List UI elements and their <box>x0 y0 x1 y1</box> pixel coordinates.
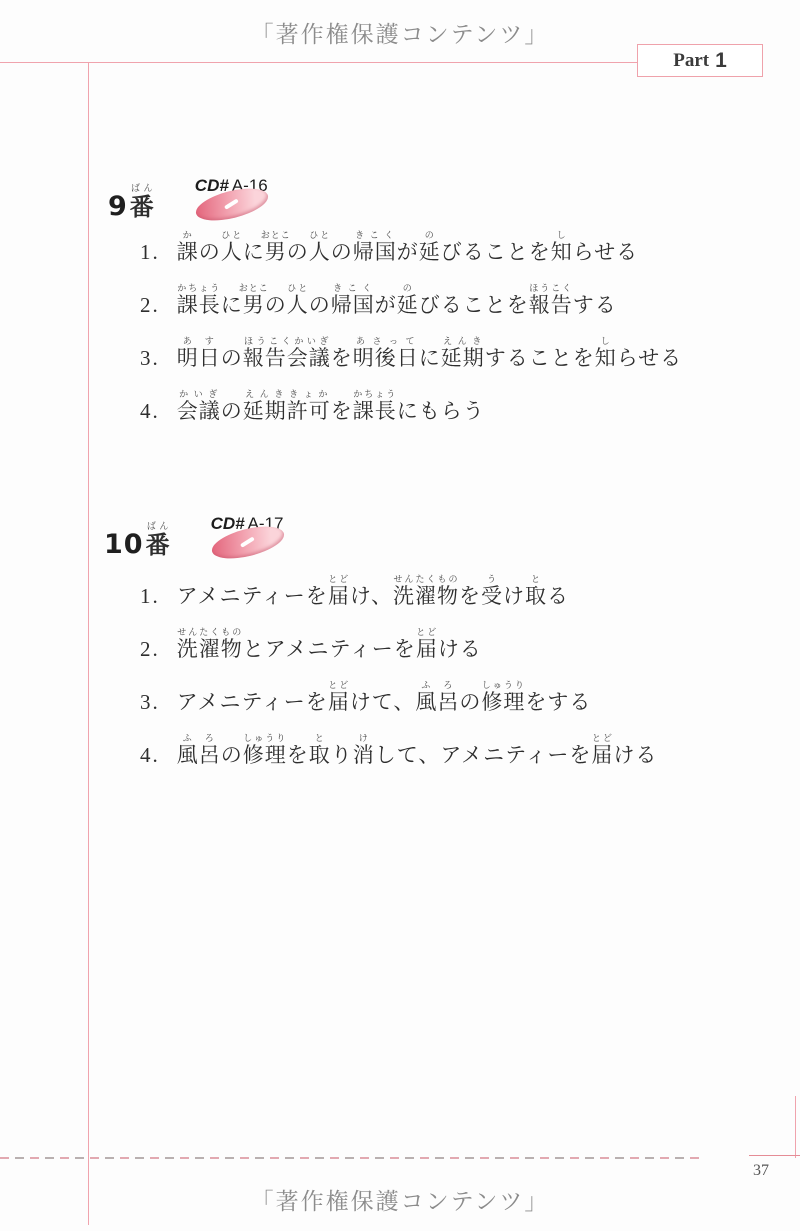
option-number: 4. <box>140 399 160 424</box>
q9-option-3: 3. 明日あすの報告会議ほうこくかいぎを明後日あさってに延期えんきすることを知し… <box>140 336 682 372</box>
cd-track-q10: CD#A-17 <box>209 514 319 560</box>
question-9-number: 9 番ばん <box>108 184 155 222</box>
option-text: 明日あすの報告会議ほうこくかいぎを明後日あさってに延期えんきすることを知しらせる <box>177 336 682 372</box>
option-number: 1. <box>140 240 160 265</box>
option-text: 課長かちょうに男おとこの人ひとの帰国きこくが延のびることを報告ほうこくする <box>177 283 617 319</box>
option-number: 3. <box>140 346 160 371</box>
right-edge-line <box>795 1096 796 1158</box>
cd-track-q9: CD#A-16 <box>193 176 303 222</box>
option-text: アメニティーを届とどけて、風呂ふろの修理しゅうりをする <box>177 680 592 716</box>
option-number: 3. <box>140 690 160 715</box>
part-word: Part <box>673 50 709 72</box>
copyright-watermark-footer: 「著作権保護コンテンツ」 <box>0 1183 800 1216</box>
question-10-number: 10 番ばん <box>104 522 171 560</box>
q10-option-1: 1. アメニティーを届とどけ、洗濯物せんたくものを受うけ取とる <box>140 574 569 610</box>
option-number: 1. <box>140 584 160 609</box>
question-9-ban: 番ばん <box>130 184 155 222</box>
left-margin-line <box>88 62 89 1225</box>
question-9-digit: 9 <box>108 191 128 222</box>
q9-option-2: 2. 課長かちょうに男おとこの人ひとの帰国きこくが延のびることを報告ほうこくする <box>140 283 617 319</box>
q10-option-4: 4. 風呂ふろの修理しゅうりを取とり消けして、アメニティーを届とどける <box>140 733 657 769</box>
option-number: 2. <box>140 637 160 662</box>
bottom-dashed-line <box>0 1157 700 1159</box>
option-number: 2. <box>140 293 160 318</box>
question-10-header: 10 番ばん CD#A-17 <box>104 514 319 560</box>
option-text: 会議かいぎの延期許可えんききょかを課長かちょうにもらう <box>177 389 485 425</box>
page-number-rule <box>749 1155 800 1156</box>
question-9-header: 9 番ばん CD#A-16 <box>108 176 303 222</box>
q9-option-4: 4. 会議かいぎの延期許可えんききょかを課長かちょうにもらう <box>140 389 485 425</box>
q9-option-1: 1. 課かの人ひとに男おとこの人ひとの帰国きこくが延のびることを知しらせる <box>140 230 638 266</box>
page-number: 37 <box>753 1162 769 1180</box>
scanned-test-page: 「著作権保護コンテンツ」 Part 1 9 番ばん CD#A-16 1. 課かの… <box>0 0 800 1231</box>
question-10-digit: 10 <box>104 529 144 560</box>
top-rule-line <box>0 62 639 63</box>
q10-option-3: 3. アメニティーを届とどけて、風呂ふろの修理しゅうりをする <box>140 680 591 716</box>
option-text: 洗濯物せんたくものとアメニティーを届とどける <box>177 627 482 663</box>
question-10-ban: 番ばん <box>146 522 171 560</box>
part-number: 1 <box>715 49 727 73</box>
option-text: アメニティーを届とどけ、洗濯物せんたくものを受うけ取とる <box>177 574 569 610</box>
q10-option-2: 2. 洗濯物せんたくものとアメニティーを届とどける <box>140 627 482 663</box>
part-label-box: Part 1 <box>637 44 763 77</box>
option-text: 風呂ふろの修理しゅうりを取とり消けして、アメニティーを届とどける <box>177 733 658 769</box>
option-number: 4. <box>140 743 160 768</box>
option-text: 課かの人ひとに男おとこの人ひとの帰国きこくが延のびることを知しらせる <box>177 230 638 266</box>
